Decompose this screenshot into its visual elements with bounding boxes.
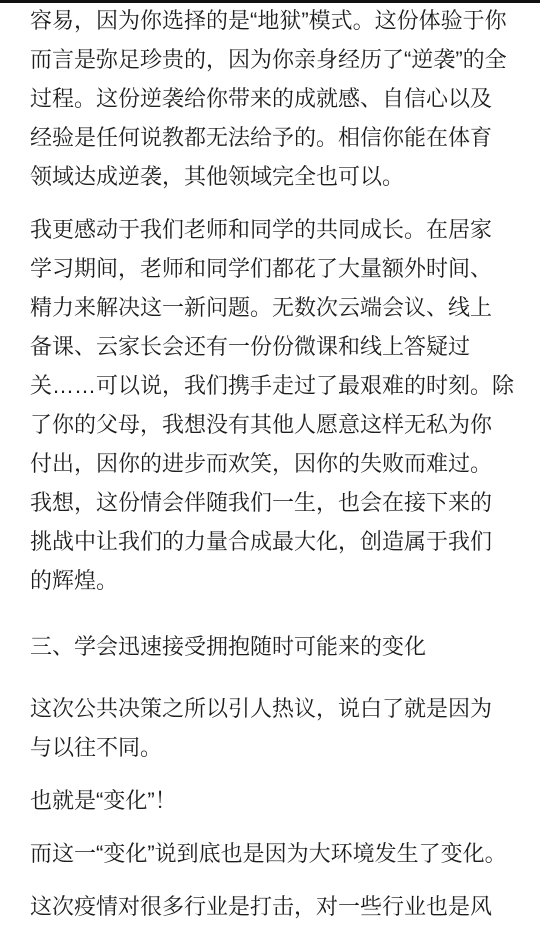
paragraph: 容易，因为你选择的是“地狱”模式。这份体验于你而言是弥足珍贵的，因为你亲身经历了… [30, 1, 514, 196]
text-line: 精力来解决这一新问题。无数次云端会议、线上 [30, 288, 514, 327]
text-line: 也就是“变化”！ [30, 781, 514, 820]
text-line: 而言是弥足珍贵的，因为你亲身经历了“逆袭”的全 [30, 40, 514, 79]
text-line: 付出，因你的进步而欢笑，因你的失败而难过。 [30, 444, 514, 483]
paragraph: 我更感动于我们老师和同学的共同成长。在居家学习期间，老师和同学们都花了大量额外时… [30, 210, 514, 600]
paragraph: 也就是“变化”！ [30, 781, 514, 820]
text-line: 我想，这份情会伴随我们一生，也会在接下来的 [30, 483, 514, 522]
article-body: 容易，因为你选择的是“地狱”模式。这份体验于你而言是弥足珍贵的，因为你亲身经历了… [30, 0, 514, 926]
text-line: 过程。这份逆袭给你带来的成就感、自信心以及 [30, 79, 514, 118]
text-line: 容易，因为你选择的是“地狱”模式。这份体验于你 [30, 1, 514, 40]
text-line: 的辉煌。 [30, 561, 514, 600]
text-line: 我更感动于我们老师和同学的共同成长。在居家 [30, 210, 514, 249]
paragraph: 而这一“变化”说到底也是因为大环境发生了变化。 [30, 834, 514, 873]
top-crop-bar [0, 0, 540, 3]
text-line: 了你的父母，我想没有其他人愿意这样无私为你 [30, 405, 514, 444]
text-line: 关……可以说，我们携手走过了最艰难的时刻。除 [30, 366, 514, 405]
text-line: 经验是任何说教都无法给予的。相信你能在体育 [30, 118, 514, 157]
text-line: 这次疫情对很多行业是打击，对一些行业也是风 [30, 887, 514, 926]
text-line: 挑战中让我们的力量合成最大化，创造属于我们 [30, 522, 514, 561]
text-line: 学习期间，老师和同学们都花了大量额外时间、 [30, 249, 514, 288]
text-line: 备课、云家长会还有一份份微课和线上答疑过 [30, 327, 514, 366]
text-line: 领域达成逆袭，其他领域完全也可以。 [30, 157, 514, 196]
text-line: 这次公共决策之所以引人热议，说白了就是因为 [30, 689, 514, 728]
article-page: 容易，因为你选择的是“地狱”模式。这份体验于你而言是弥足珍贵的，因为你亲身经历了… [0, 0, 540, 929]
text-line: 而这一“变化”说到底也是因为大环境发生了变化。 [30, 834, 514, 873]
section-heading: 三、学会迅速接受拥抱随时可能来的变化 [30, 627, 514, 666]
text-line: 三、学会迅速接受拥抱随时可能来的变化 [30, 627, 514, 666]
text-line: 与以往不同。 [30, 728, 514, 767]
paragraph: 这次疫情对很多行业是打击，对一些行业也是风 [30, 887, 514, 926]
paragraph: 这次公共决策之所以引人热议，说白了就是因为与以往不同。 [30, 689, 514, 767]
